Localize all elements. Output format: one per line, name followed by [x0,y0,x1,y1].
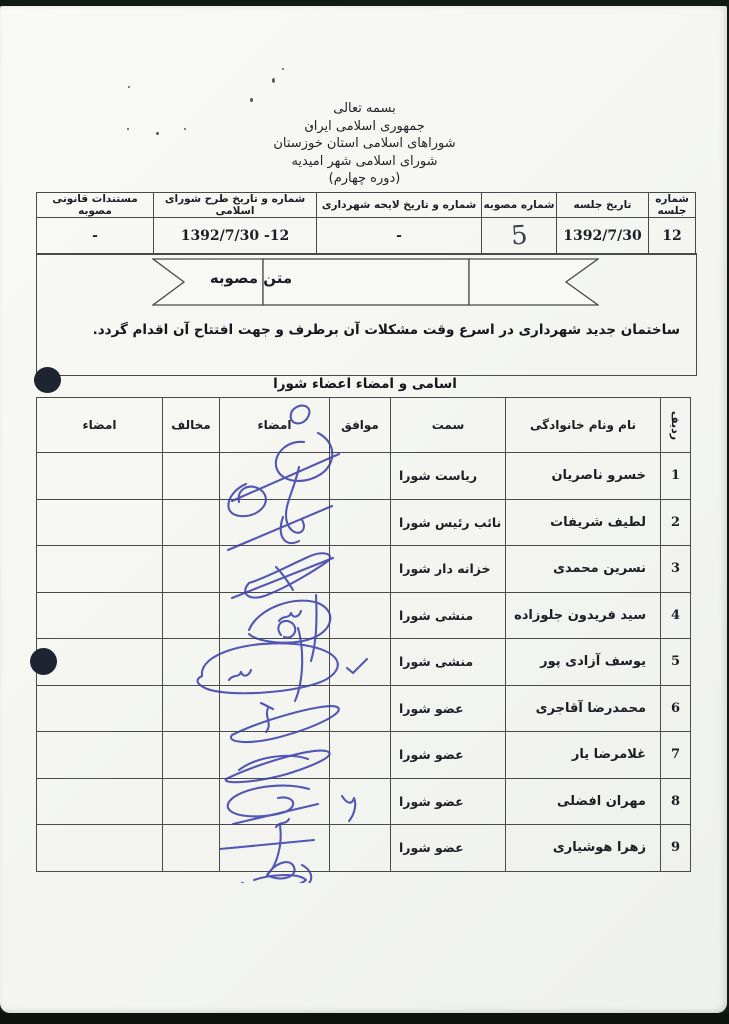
info-header-row: شماره جلسه تاریخ جلسه شماره مصوبه شماره … [37,193,696,218]
value-session-date: 1392/7/30 [557,218,649,255]
col-signature-oppose: امضاء [37,398,163,453]
col-oppose: مخالف [163,398,220,453]
letterhead-line-republic: جمهوری اسلامی ایران [0,118,729,136]
session-info-table: شماره جلسه تاریخ جلسه شماره مصوبه شماره … [36,192,696,255]
header-session-number: شماره جلسه [649,193,696,218]
member-row-9: 9 زهرا هوشیاری عضو شورا [37,825,691,872]
header-session-date: تاریخ جلسه [557,193,649,218]
header-municipality-bill: شماره و تاریخ لایحه شهرداری [317,193,482,218]
header-council-plan: شماره و تاریخ طرح شورای اسلامی [154,193,317,218]
col-full-name: نام ونام خانوادگی [506,398,661,453]
member-row-8: 8 مهران افضلی عضو شورا [37,778,691,825]
letterhead-line-city: شورای اسلامی شهر امیدیه [0,153,729,171]
value-municipality-bill: - [317,218,482,255]
resolution-text: ساختمان جدید شهرداری در اسرع وقت مشکلات … [57,322,680,338]
header-resolution-number: شماره مصوبه [482,193,557,218]
member-row-6: 6 محمدرضا آقاجری عضو شورا [37,685,691,732]
scanner-edge-bottom [0,1013,729,1024]
value-council-plan: 1392/7/30 -12 [154,218,317,255]
ribbon-right-tail [469,259,598,305]
member-row-2: 2 لطیف شریفات نائب رئیس شورا [37,499,691,546]
resolution-body-box: متن مصوبه ساختمان جدید شهرداری در اسرع و… [36,253,697,376]
member-row-1: 1 خسرو ناصریان ریاست شورا [37,453,691,500]
value-resolution-number: 5 [482,218,557,255]
pen-speck [282,68,284,70]
header-legal-basis: مستندات قانونی مصوبه [37,193,154,218]
scanned-document: بسمه تعالی جمهوری اسلامی ایران شوراهای ا… [0,0,729,1024]
col-position: سمت [391,398,506,453]
member-row-3: 3 نسرین محمدی خزانه دار شورا [37,546,691,593]
punch-hole-top [34,367,61,393]
col-approve: موافق [330,398,391,453]
col-signature-approve: امضاء [220,398,330,453]
pen-speck [272,78,275,83]
members-table: ردیف نام ونام خانوادگی سمت موافق امضاء م… [36,397,691,872]
member-row-5: 5 یوسف آزادی پور منشی شورا [37,639,691,686]
letterhead-line-term: (دوره چهارم) [0,170,729,188]
letterhead: بسمه تعالی جمهوری اسلامی ایران شوراهای ا… [0,100,729,188]
info-value-row: 12 1392/7/30 5 - 1392/7/30 -12 - [37,218,696,255]
value-legal-basis: - [37,218,154,255]
handwritten-resolution-number: 5 [510,222,528,249]
pen-speck [128,86,130,88]
member-row-7: 7 غلامرضا یار عضو شورا [37,732,691,779]
members-section-title: اسامی و امضاء اعضاء شورا [36,376,694,392]
value-session-number: 12 [649,218,696,255]
members-header-row: ردیف نام ونام خانوادگی سمت موافق امضاء م… [37,398,691,453]
member-row-4: 4 سید فریدون جلوزاده منشی شورا [37,592,691,639]
letterhead-line-province: شوراهای اسلامی استان خوزستان [0,135,729,153]
banner-label: متن مصوبه [148,254,354,302]
col-row-number: ردیف [661,398,691,453]
punch-hole-bottom [30,648,57,675]
letterhead-line-basmala: بسمه تعالی [0,100,729,118]
